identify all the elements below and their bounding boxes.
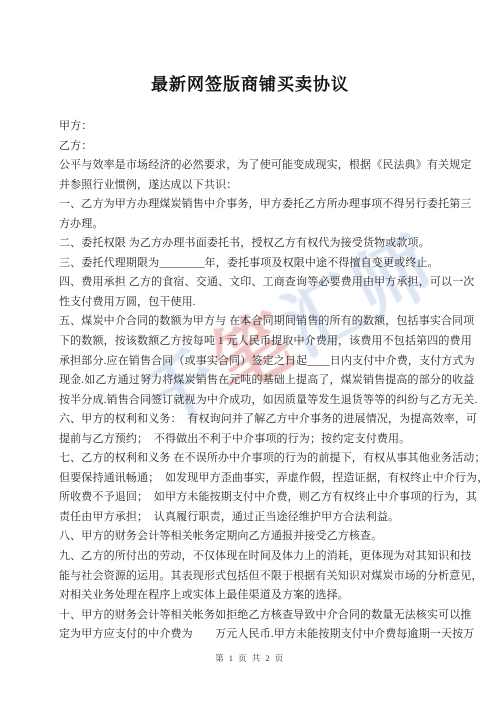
contract-text-line: 八、甲方的财务会计等相关帐务定期向乙方通报并接受乙方核查。 [59,527,447,547]
contract-text-line: 并参照行业惯例，遂达成以下共识： [59,176,447,196]
contract-text-line: 对相关业务处理在程序上或实体上最佳渠道及方案的选择。 [59,586,447,606]
page-number: 第 1 页 共 2 页 [0,652,500,664]
contract-body: 甲方：乙方：公平与效率是市场经济的必然要求，为了使可能变成现实，根据《民法典》有… [59,117,447,645]
contract-text-line: 九、乙方的所付出的劳动，不仅体现在时间及体力上的消耗，更体现为对其知识和技 [59,547,447,567]
contract-text-line: 但要保持通讯畅通； 如发现甲方歪曲事实，弄虚作假，捏造证据，有权终止中介行为， [59,469,447,489]
contract-text-line: 方办理。 [59,215,447,235]
contract-text-line: 能与社会资源的运用。其表现形式包括但不限于根据有关知识对煤炭市场的分析意见， [59,567,447,587]
contract-text-line: 提前与乙方预约； 不得做出不利于中介事项的行为；按约定支付费用。 [59,430,447,450]
contract-text-line: 责任由甲方承担； 认真履行职责，通过正当途径维护甲方合法利益。 [59,508,447,528]
contract-text-line: 所收费不予退回； 如甲方未能按期支付中介费，则乙方有权终止中介事项的行为，其 [59,488,447,508]
contract-text-line: 按半分成.销售合同签订就视为中介成功，如因质量等发生退货等等的纠纷与乙方无关. [59,391,447,411]
contract-text-line: 三、委托代理期限为________年，委托事项及权限中途不得擅自变更或终止。 [59,254,447,274]
contract-text-line: 下的数额，按该数额乙方按每吨 1 元人民币提取中介费用，该费用不包括第四的费用 [59,332,447,352]
contract-text-line: 乙方： [59,137,447,157]
contract-text-line: 五、煤炭中介合同的数额为甲方与 在本合同期间销售的所有的数额，包括事实合同项 [59,312,447,332]
document-title: 最新网签版商铺买卖协议 [0,70,500,95]
contract-text-line: 甲方： [59,117,447,137]
document-page: 千笔汇师 最新网签版商铺买卖协议 甲方：乙方：公平与效率是市场经济的必然要求，为… [0,0,500,706]
contract-text-line: 十、甲方的财务会计等相关帐务如拒绝乙方核查导致中介合同的数量无法核实可以推 [59,606,447,626]
contract-text-line: 公平与效率是市场经济的必然要求，为了使可能变成现实，根据《民法典》有关规定 [59,156,447,176]
contract-text-line: 现金.如乙方通过努力将煤炭销售在元吨的基础上提高了，煤炭销售提高的部分的收益 [59,371,447,391]
contract-text-line: 一、乙方为甲方办理煤炭销售中介事务，甲方委托乙方所办理事项不得另行委托第三 [59,195,447,215]
contract-text-line: 二、委托权限 为乙方办理书面委托书，授权乙方有权代为接受货物或款项。 [59,234,447,254]
contract-text-line: 七、乙方的权利和义务 在不误所办中介事项的行为的前提下，有权从事其他业务活动； [59,449,447,469]
contract-text-line: 六、甲方的权利和义务： 有权询问并了解乙方中介事务的进展情况，为提高效率，可 [59,410,447,430]
contract-text-line: 定为甲方应支付的中介费为 万元人民币.甲方未能按期支付中介费每逾期一天按万 [59,625,447,645]
contract-text-line: 承担部分.应在销售合同（或事实合同）签定之日起____日内支付中介费，支付方式为 [59,352,447,372]
contract-text-line: 四、费用承担 乙方的食宿、交通、文印、工商查询等必要费用由甲方承担，可以一次 [59,273,447,293]
contract-text-line: 性支付费用万圆，包干使用. [59,293,447,313]
